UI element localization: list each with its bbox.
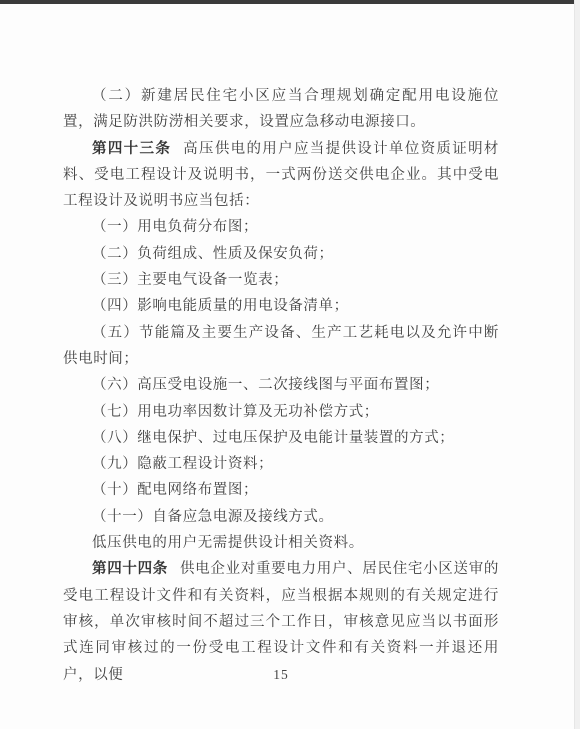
clause-number: 第四十四条 [92, 561, 168, 577]
clause-number: 第四十三条 [92, 141, 171, 157]
paragraph: （五）节能篇及主要生产设备、生产工艺耗电以及允许中断供电时间； [63, 320, 499, 373]
paragraph-text: （四）影响电能质量的用电设备清单； [92, 298, 349, 314]
scanned-document-page: （二）新建居民住宅小区应当合理规划确定配用电设施位置，满足防洪防涝相关要求，设置… [0, 0, 580, 729]
paragraph-text: （三）主要电气设备一览表； [92, 272, 288, 288]
paragraph-text: （八）继电保护、过电压保护及电能计量装置的方式； [92, 430, 454, 446]
paragraph-text: （七）用电功率因数计算及无功补偿方式； [92, 404, 379, 420]
paragraph-text: 供电企业对重要电力用户、居民住宅小区送审的受电工程设计文件和有关资料，应当根据本… [63, 561, 499, 682]
paragraph-text: （六）高压受电设施一、二次接线图与平面布置图； [92, 377, 439, 393]
paragraph: （七）用电功率因数计算及无功补偿方式； [63, 399, 499, 425]
page-number: 15 [63, 667, 499, 683]
scan-right-edge [574, 0, 580, 729]
paragraph: （二）负荷组成、性质及保安负荷； [63, 241, 499, 267]
paragraph: （四）影响电能质量的用电设备清单； [63, 293, 499, 319]
paragraph-text: （二）新建居民住宅小区应当合理规划确定配用电设施位置，满足防洪防涝相关要求，设置… [63, 88, 499, 130]
paragraph-text: （二）负荷组成、性质及保安负荷； [92, 246, 334, 262]
paragraph: （一）用电负荷分布图； [63, 214, 499, 240]
document-body: （二）新建居民住宅小区应当合理规划确定配用电设施位置，满足防洪防涝相关要求，设置… [63, 83, 499, 688]
paragraph: （十一）自备应急电源及接线方式。 [63, 504, 499, 530]
paragraph: （二）新建居民住宅小区应当合理规划确定配用电设施位置，满足防洪防涝相关要求，设置… [63, 83, 499, 136]
paragraph-text: （十一）自备应急电源及接线方式。 [92, 509, 334, 525]
paragraph-text: （九）隐蔽工程设计资料； [92, 456, 273, 472]
paragraph: （九）隐蔽工程设计资料； [63, 451, 499, 477]
paragraph: 低压供电的用户无需提供设计相关资料。 [63, 530, 499, 556]
paragraph: （三）主要电气设备一览表； [63, 267, 499, 293]
paragraph: （六）高压受电设施一、二次接线图与平面布置图； [63, 372, 499, 398]
paragraph: （十）配电网络布置图； [63, 477, 499, 503]
paragraph-text: （五）节能篇及主要生产设备、生产工艺耗电以及允许中断供电时间； [63, 325, 499, 367]
paragraph: 第四十三条高压供电的用户应当提供设计单位资质证明材料、受电工程设计及说明书，一式… [63, 136, 499, 215]
scan-top-edge [0, 0, 580, 4]
paragraph-text: （一）用电负荷分布图； [92, 219, 258, 235]
paragraph-text: （十）配电网络布置图； [92, 482, 258, 498]
paragraph: （八）继电保护、过电压保护及电能计量装置的方式； [63, 425, 499, 451]
paragraph-text: 低压供电的用户无需提供设计相关资料。 [92, 535, 364, 551]
